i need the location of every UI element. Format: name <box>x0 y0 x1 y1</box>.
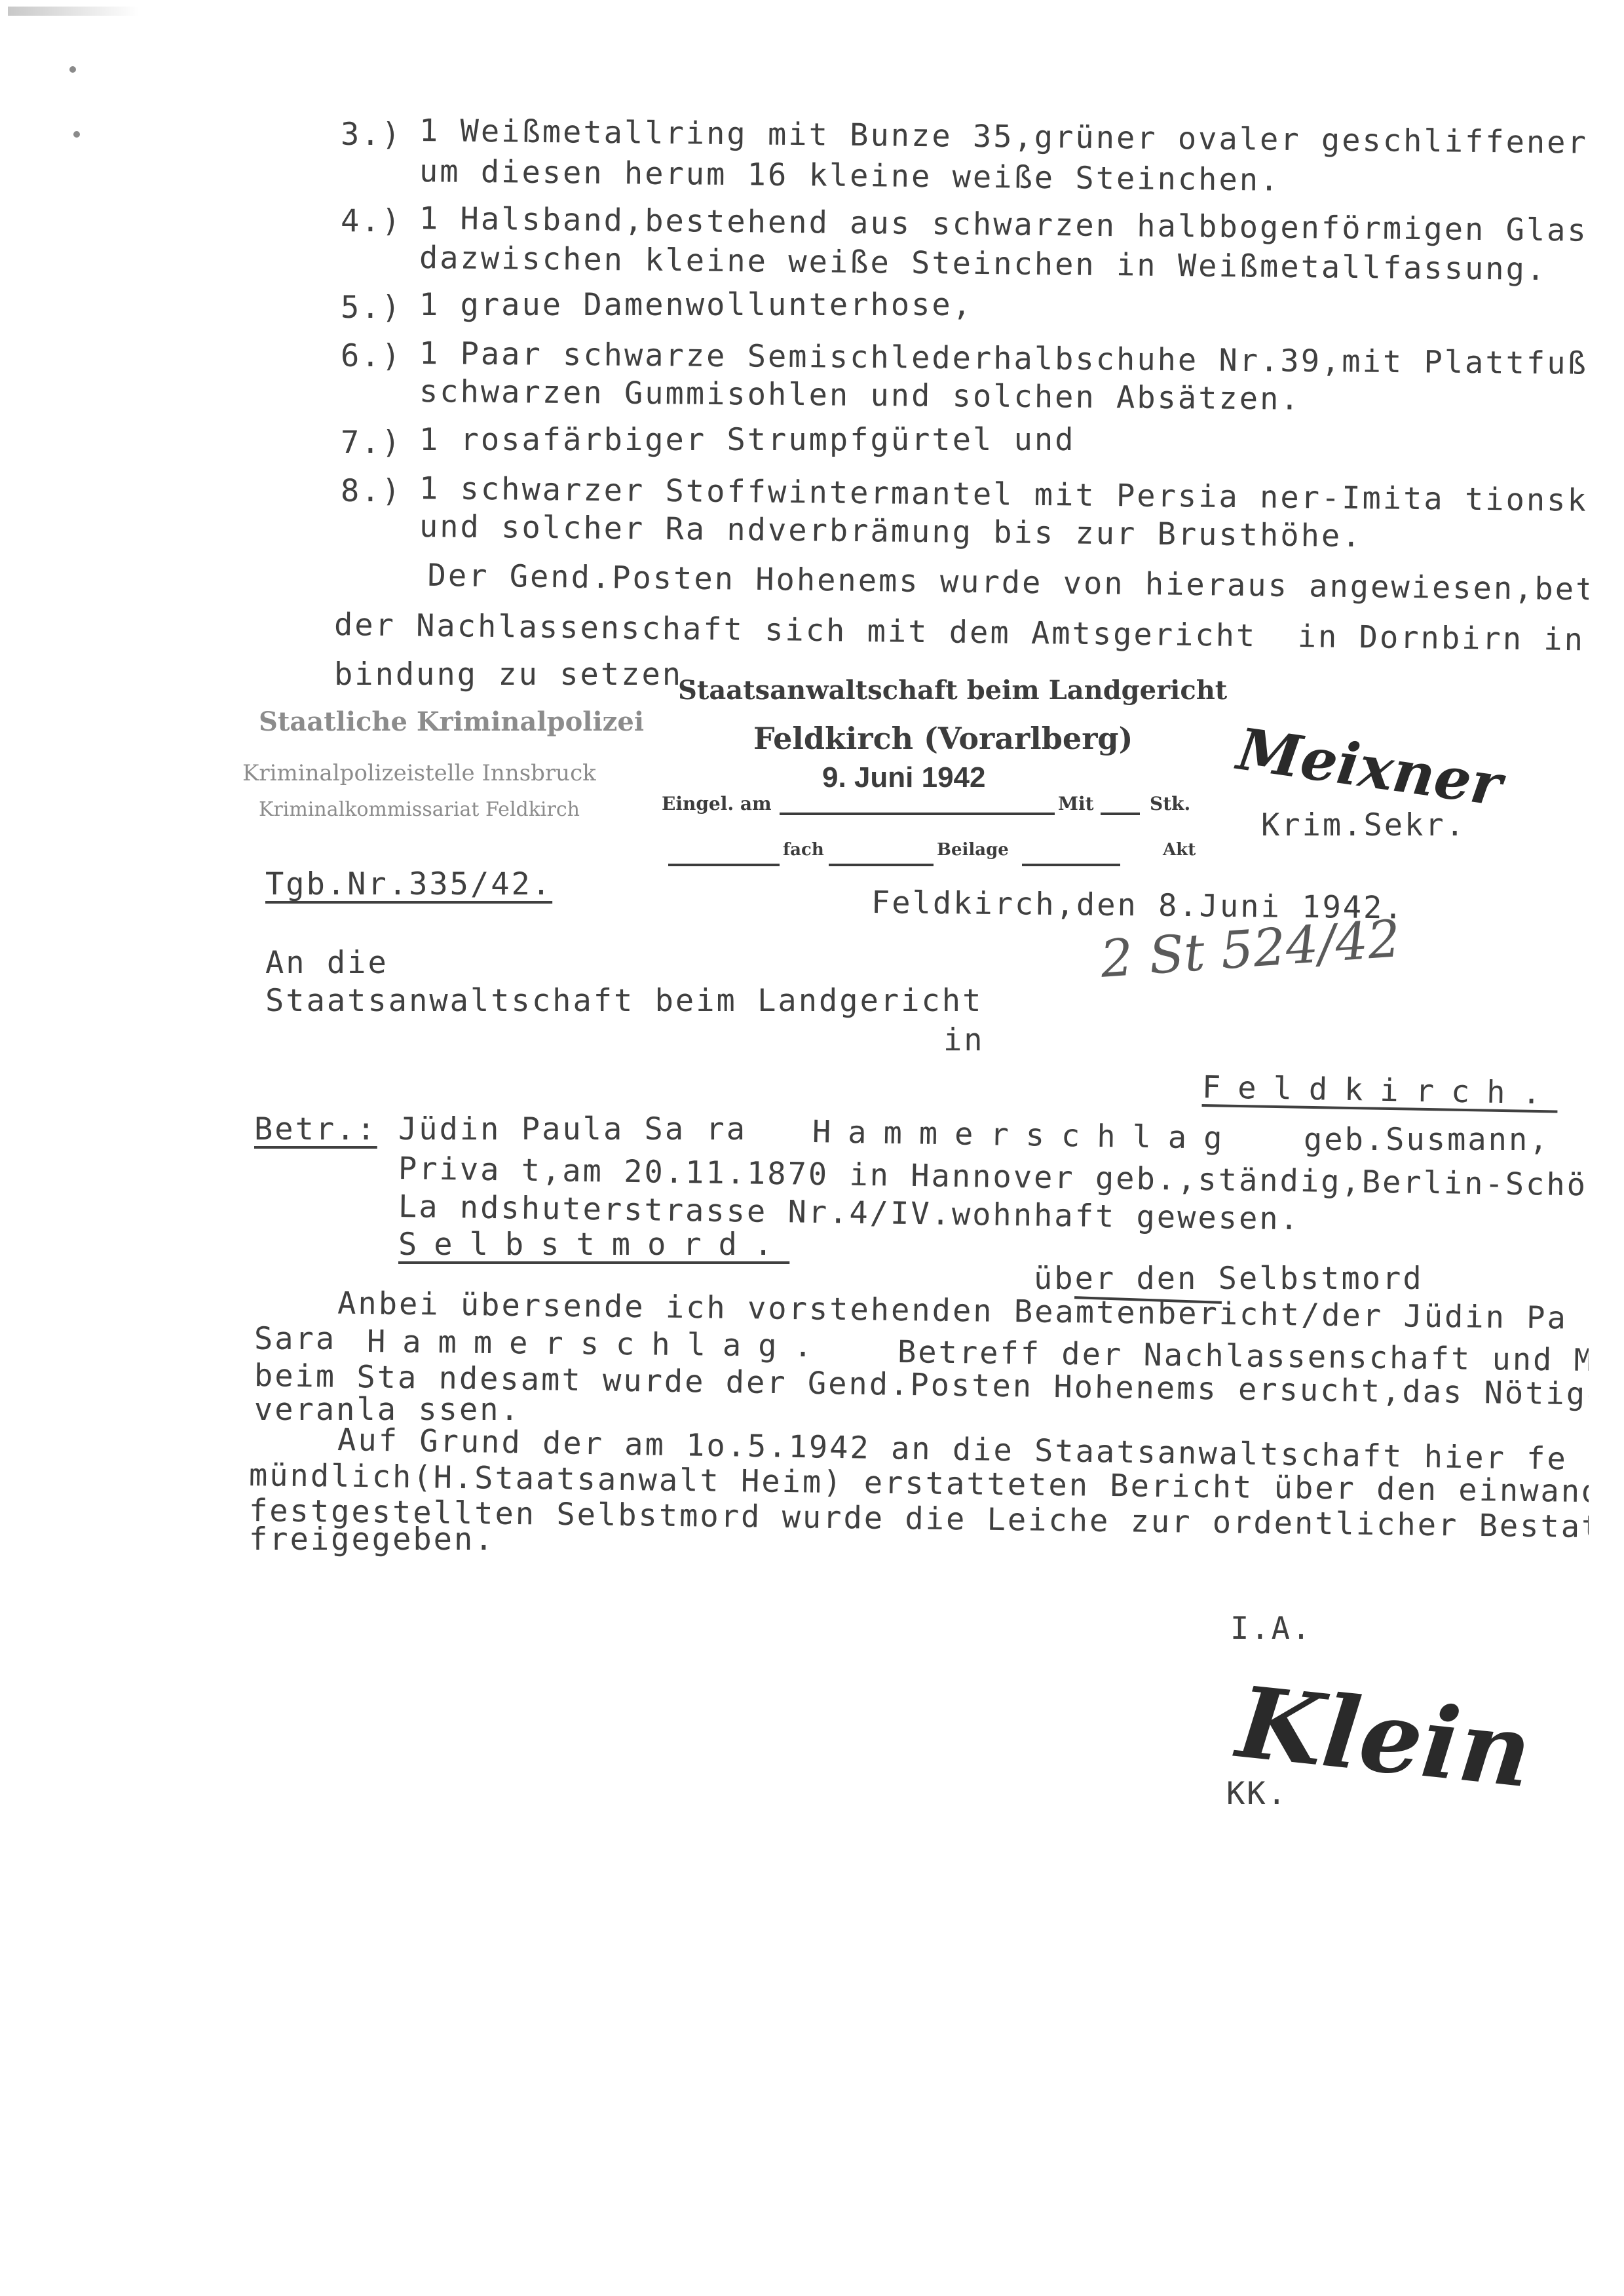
stamp-rule <box>1022 864 1120 866</box>
signatory-title: Krim.Sekr. <box>1261 807 1466 844</box>
signature-prefix: I.A. <box>1230 1611 1312 1647</box>
subject-line: Jüdin Paula Sa ra <box>398 1111 747 1148</box>
recipient-city: Feldkirch. <box>1202 1069 1558 1112</box>
subject-label: Betr.: <box>254 1111 377 1148</box>
stamp-text: Eingel. am <box>662 793 772 814</box>
text-body: 3.) 1 Weißmetallring mit Bunze 35,grüner… <box>0 0 1589 2296</box>
stamp-rule <box>780 813 1055 815</box>
stamp-text: Feldkirch (Vorarlberg) <box>753 721 1133 756</box>
paragraph-line: bindung zu setzen. <box>334 657 703 693</box>
handwritten-signature: Meixner <box>1234 715 1506 819</box>
item-line: schwarzen Gummisohlen und solchen Absätz… <box>419 373 1301 418</box>
paragraph-line: Sara <box>254 1321 336 1358</box>
item-number: 3.) <box>341 117 402 153</box>
stamp-text: Akt <box>1163 840 1196 860</box>
stamp-text: fach <box>783 840 824 860</box>
stamp-text: Staatsanwaltschaft beim Landgericht <box>678 675 1227 706</box>
item-line: 1 rosafärbiger Strumpfgürtel und <box>419 422 1075 459</box>
item-number: 7.) <box>341 425 402 461</box>
stamp-text: Kriminalpolizeistelle Innsbruck <box>242 760 596 786</box>
recipient-line: An die <box>265 945 388 982</box>
item-line: 1 graue Damenwollunterhose, <box>419 287 973 324</box>
subject-line: geb.Susmann, <box>1304 1122 1550 1158</box>
stamp-rule <box>1101 813 1140 815</box>
stamp-text: Stk. <box>1150 793 1190 814</box>
item-number: 5.) <box>341 290 402 326</box>
recipient-line: in <box>943 1022 985 1059</box>
stamp-text: Mit <box>1058 793 1094 814</box>
paragraph-line: freigegeben. <box>249 1521 495 1558</box>
stamp-text: Kriminalkommissariat Feldkirch <box>259 798 580 821</box>
item-number: 4.) <box>341 203 402 239</box>
stamp-date: 9. Juni 1942 <box>822 761 985 794</box>
handwritten-insertion: über den Selbstmord <box>1034 1261 1424 1297</box>
document-page: 3.) 1 Weißmetallring mit Bunze 35,grüner… <box>0 0 1624 2296</box>
item-line: um diesen herum 16 kleine weiße Steinche… <box>419 153 1281 199</box>
paragraph-surname: Hammerschlag. <box>367 1324 829 1365</box>
signatory-title: KK. <box>1226 1776 1288 1812</box>
paragraph-line: der Nachlassenschaft sich mit dem Amtsge… <box>334 607 1589 659</box>
stamp-text: Staatliche Kriminalpolizei <box>259 706 644 737</box>
subject-offense: Selbstmord. <box>398 1227 789 1263</box>
paragraph-line: Der Gend.Posten Hohenems wurde von hiera… <box>387 557 1589 609</box>
stamp-rule <box>829 864 934 866</box>
recipient-line: Staatsanwaltschaft beim Landgericht <box>265 983 983 1020</box>
subject-surname: Hammerschlag <box>812 1114 1239 1157</box>
stamp-rule <box>668 864 780 866</box>
stamp-text: Beilage <box>937 840 1009 860</box>
item-number: 6.) <box>341 338 402 374</box>
reference-number: Tgb.Nr.335/42. <box>265 866 552 903</box>
item-number: 8.) <box>341 473 402 509</box>
